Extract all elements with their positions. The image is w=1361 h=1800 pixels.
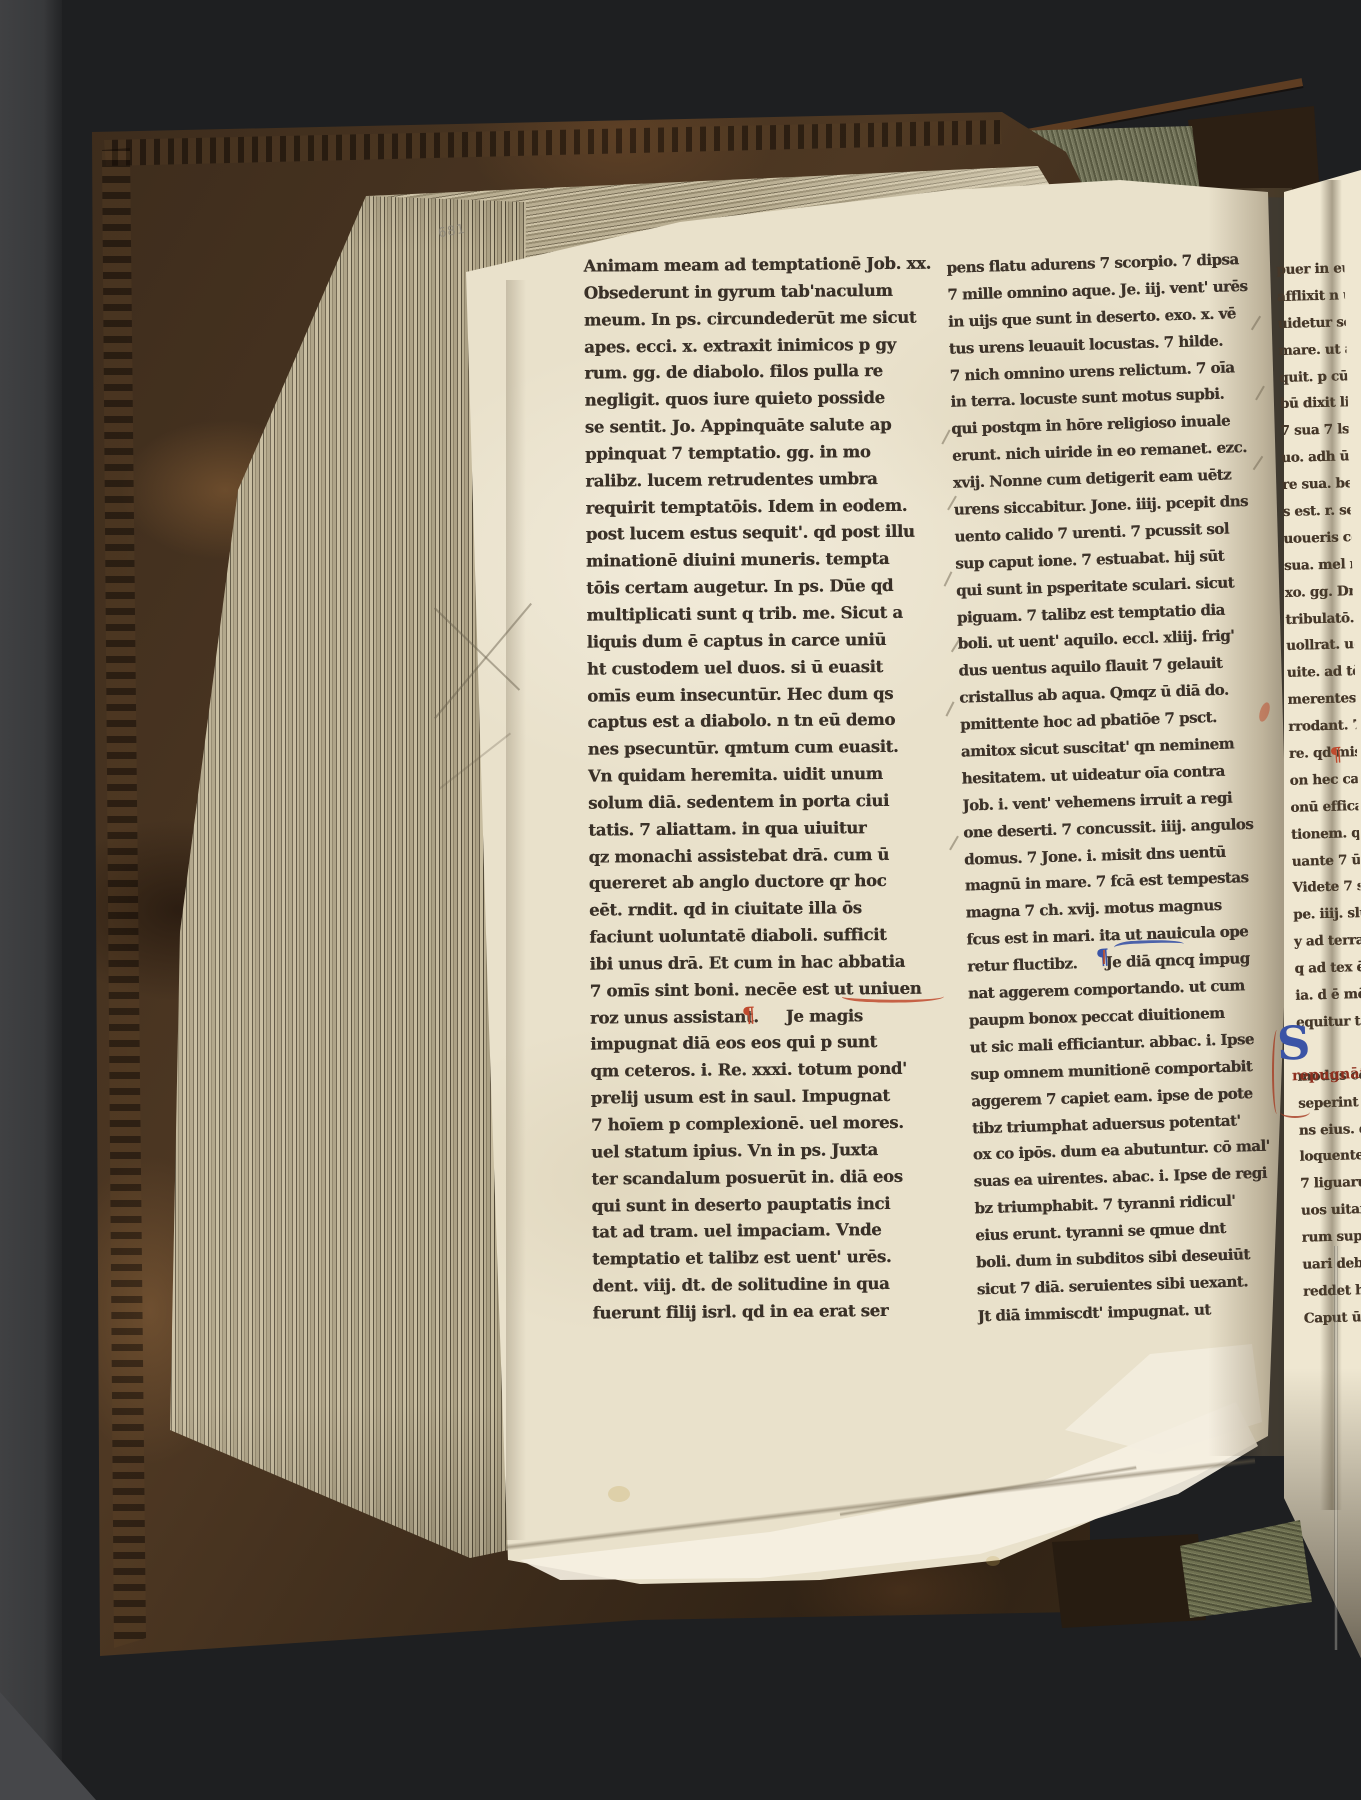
manuscript-line: ter scandalum posuerūt in. diā eos (591, 1163, 953, 1193)
initial-red-penwork (1280, 1106, 1310, 1118)
manuscript-line: eēt. rndit. qd in ciuitate illa ōs (589, 895, 951, 925)
manuscript-line: Animam meam ad temptationē Job. xx. (583, 250, 945, 280)
manuscript-line: qui sunt in deserto pauptatis inci (592, 1190, 954, 1220)
manuscript-line: tat ad tram. uel impaciam. Vnde (592, 1217, 954, 1247)
manuscript-line: requirit temptatōis. Idem in eodem. (585, 492, 947, 522)
manuscript-photo: 681 Animam meam ad temptationē Job. xx.O… (0, 0, 1361, 1800)
manuscript-line: qz monachi assistebat drā. cum ū (588, 841, 950, 871)
rubric-pilcrow-detail (1103, 950, 1105, 964)
glass-edge-reflection (1334, 1246, 1338, 1650)
manuscript-line: post lucem estus sequit'. qd post illu (586, 519, 948, 549)
manuscript-line: solum diā. sedentem in porta ciui (588, 787, 950, 817)
parchment-stain (608, 1486, 630, 1502)
facing-page-crease (1320, 180, 1342, 1510)
manuscript-line: nes psecuntūr. qmtum cum euasit. (588, 734, 950, 764)
manuscript-line: impugnat diā eos eos qui p sunt (590, 1029, 952, 1059)
manuscript-line: roz unus assistant. Je magis (590, 1002, 952, 1032)
manuscript-line: Vn quidam heremita. uidit unum (588, 760, 950, 790)
manuscript-line: sua. mel ru (1284, 551, 1353, 580)
manuscript-line: captus est a diabolo. n tn eū demo (587, 707, 949, 737)
manuscript-line: ibi unus drā. Et cum in hac abbatia (589, 948, 951, 978)
shelf-edge-strip (0, 0, 62, 1800)
manuscript-line: tōis certam augetur. In ps. Dūe qd (586, 573, 948, 603)
text-column-1: Animam meam ad temptationē Job. xx.Obsed… (583, 250, 954, 1327)
manuscript-line: se sentit. Jo. Appinquāte salute ap (585, 411, 947, 441)
rubric-word: repugnāti (1292, 1065, 1361, 1085)
manuscript-line: dent. viij. dt. de solitudine in qua (592, 1270, 954, 1300)
manuscript-line: qm ceteros. i. Re. xxxi. totum pond' (590, 1056, 952, 1086)
manuscript-line: prelij usum est in saul. Impugnat (591, 1083, 953, 1113)
rubric-pilcrow-red: ¶ (1329, 744, 1343, 767)
manuscript-line: xo. gg. Dra (1284, 578, 1353, 607)
initial-red-penwork (1272, 1030, 1282, 1114)
manuscript-line: minationē diuini muneris. tempta (586, 546, 948, 576)
manuscript-line: quereret ab anglo ductore qr hoc (589, 868, 951, 898)
text-column-2: pens flatu adurens 7 scorpio. 7 dipsa7 m… (946, 246, 1286, 1330)
manuscript-line: ppinquat 7 temptatio. gg. in mo (585, 438, 947, 468)
manuscript-line: liquis dum ē captus in carce uniū (587, 626, 949, 656)
manuscript-line: meum. In ps. circundederūt me sicut (584, 304, 946, 334)
manuscript-line: ht custodem uel duos. si ū euasit (587, 653, 949, 683)
manuscript-line: omīs eum insecuntūr. Hec dum qs (587, 680, 949, 710)
manuscript-line: ralibz. lucem retrudentes umbra (585, 465, 947, 495)
manuscript-line: uel statum ipius. Vn in ps. Juxta (591, 1136, 953, 1166)
manuscript-line: temptatio et talibz est uent' urēs. (592, 1244, 954, 1274)
parchment-stain (986, 1556, 1000, 1566)
manuscript-line: negligit. quos iure quieto posside (584, 385, 946, 415)
manuscript-line: fuerunt filij isrl. qd in ea erat ser (592, 1297, 954, 1327)
manuscript-line: rum. gg. de diabolo. filos pulla re (584, 358, 946, 388)
manuscript-line: 7 hoīem p complexionē. uel mores. (591, 1109, 953, 1139)
manuscript-line: Obsederunt in gyrum tab'naculum (584, 277, 946, 307)
manuscript-line: faciunt uoluntatē diaboli. sufficit (589, 922, 951, 952)
manuscript-line: tatis. 7 aliattam. in qua uiuitur (588, 814, 950, 844)
page-stack-seam (506, 280, 526, 1540)
manuscript-line: apes. ecci. x. extraxit inimicos p gy (584, 331, 946, 361)
rubric-pilcrow-red: ¶ (741, 1002, 756, 1028)
manuscript-line: multiplicati sunt q trib. me. Sicut a (586, 599, 948, 629)
